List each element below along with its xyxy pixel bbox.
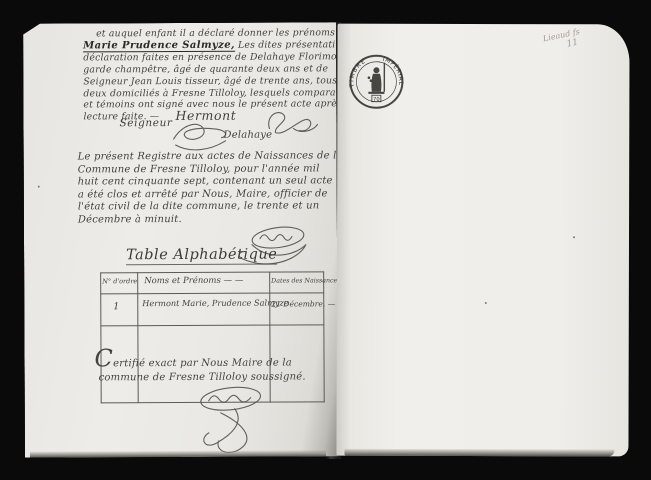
- table-border: [100, 272, 102, 403]
- closing-line: a été clos et arrêté par Nous, Maire, of…: [78, 188, 334, 202]
- signature-flourish-icon: [263, 106, 319, 136]
- hermont-flourish-icon: [169, 119, 233, 155]
- signature-seigneur: Seigneur: [119, 117, 172, 129]
- page-stack-edge: [344, 449, 614, 457]
- table-border: [100, 324, 324, 326]
- certification-line: commune de Fresne Tilloloy soussigné.: [99, 371, 306, 383]
- dust-speck: [38, 186, 40, 188]
- page-stack-edge: [30, 450, 326, 457]
- svg-text:TIMBRE: TIMBRE: [348, 57, 367, 88]
- corner-annotation: Lieaud fs 11: [542, 19, 615, 55]
- act-line: et auquel enfant il a déclaré donner les…: [83, 27, 333, 40]
- act-line: Seigneur Jean Louis tisseur, âgé de tren…: [83, 75, 333, 88]
- dust-speck: [485, 302, 487, 304]
- table-header-dates: Dates des Naissances: [271, 277, 323, 284]
- table-header-order: N° d'ordre: [102, 277, 136, 285]
- certification-paraphe-icon: [175, 383, 285, 457]
- table-cell-name: Hermont Marie, Prudence Salmyze: [142, 298, 288, 309]
- closing-line: Le présent Registre aux actes de Naissan…: [78, 150, 334, 164]
- closing-line: huit cent cinquante sept, contenant un s…: [78, 175, 334, 189]
- stamp-figure-icon: [368, 63, 385, 94]
- dust-speck: [573, 236, 575, 238]
- table-title: Table Alphabétique: [126, 247, 277, 266]
- table-border: [100, 292, 324, 294]
- table-border: [323, 271, 325, 402]
- timbre-imperial-stamp-icon: TIMBRE IMPÉRIAL 70: [346, 51, 406, 113]
- table-border: [100, 271, 324, 273]
- table-header-names: Noms et Prénoms — —: [144, 276, 243, 286]
- closing-line: l'état civil de la dite commune, le tren…: [78, 200, 334, 214]
- stamp-value: 70: [373, 97, 380, 103]
- stamp-arc-left-text: TIMBRE: [348, 57, 367, 88]
- table-cell-date: 21 Décembre. —: [271, 299, 335, 308]
- act-line: déclaration faites en présence de Delaha…: [83, 51, 333, 64]
- act-line: deux domiciliés à Fresne Tilloloy, lesqu…: [83, 87, 333, 100]
- table-cell-order: 1: [113, 301, 119, 312]
- act-line: garde champêtre, âgé de quarante deux an…: [83, 63, 333, 76]
- closing-paragraph: Le présent Registre aux actes de Naissan…: [78, 150, 334, 226]
- certification-line: Certifié exact par Nous Maire de la: [94, 353, 291, 370]
- left-page: et auquel enfant il a déclaré donner les…: [23, 22, 338, 457]
- act-name-line: Marie Prudence Salmyze, Les dites présen…: [83, 39, 333, 52]
- table-border: [137, 272, 139, 403]
- right-page: TIMBRE IMPÉRIAL 70 Lieaud fs 11: [336, 24, 629, 457]
- closing-line: Commune de Fresne Tilloloy, pour l'année…: [78, 163, 334, 177]
